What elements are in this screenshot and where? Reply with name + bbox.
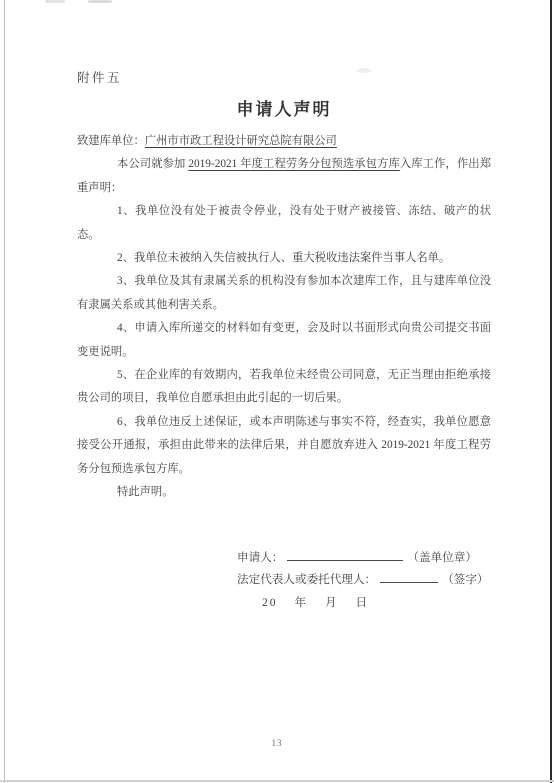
applicant-blank-line	[287, 548, 403, 561]
scan-right-edge-line	[550, 0, 552, 783]
representative-label: 法定代表人或委托代理人：	[237, 573, 376, 586]
representative-blank-line	[380, 570, 438, 583]
representative-signature-line: 法定代表人或委托代理人：（签字）	[237, 569, 491, 592]
opening-paragraph: 本公司就参加 2019-2021 年度工程劳务分包预选承包方库入库工作，作出郑重…	[77, 153, 491, 200]
applicant-signature-line: 申请人：（盖单位章）	[237, 547, 491, 570]
declaration-item-2: 2、我单位未被纳入失信被执行人、重大税收违法案件当事人名单。	[77, 247, 491, 270]
scanned-document-page: { "page": { "attachment_label": "附件五", "…	[0, 0, 554, 783]
document-body: 附件五 申请人声明 致建库单位：广州市市政工程设计研究总院有限公司 本公司就参加…	[77, 68, 491, 615]
applicant-label: 申请人：	[237, 551, 283, 564]
declaration-item-1: 1、我单位没有处于被责令停业，没有处于财产被接管、冻结、破产的状态。	[77, 200, 491, 247]
opening-underlined-term: 2019-2021 年度工程劳务分包预选承包方库	[188, 158, 400, 170]
opening-prefix: 本公司就参加	[117, 158, 188, 170]
scan-artifact	[88, 0, 112, 3]
addressee-label: 致建库单位：	[77, 135, 145, 147]
attachment-label: 附件五	[77, 68, 491, 86]
addressee-company-underlined: 广州市市政工程设计研究总院有限公司	[145, 135, 337, 147]
applicant-seal-note: （盖单位章）	[407, 551, 477, 564]
addressee-line: 致建库单位：广州市市政工程设计研究总院有限公司	[77, 130, 491, 153]
representative-sign-note: （签字）	[442, 573, 488, 586]
signature-block: 申请人：（盖单位章） 法定代表人或委托代理人：（签字） 20 年 月 日	[237, 547, 491, 615]
page-number: 13	[0, 738, 554, 748]
declaration-item-6: 6、我单位违反上述保证，或本声明陈述与事实不符，经查实，我单位愿意接受公开通报，…	[77, 411, 491, 481]
declaration-item-3: 3、我单位及其有隶属关系的机构没有参加本次建库工作，且与建库单位没有隶属关系或其…	[77, 270, 491, 317]
declaration-item-4: 4、申请入库所递交的材料如有变更，会及时以书面形式向贵公司提交书面变更说明。	[77, 317, 491, 364]
closing-statement: 特此声明。	[77, 481, 491, 504]
scan-bottom-edge-line	[0, 780, 554, 782]
date-line: 20 年 月 日	[237, 592, 491, 615]
document-title: 申请人声明	[77, 95, 491, 120]
scan-left-edge-line	[4, 0, 5, 783]
declaration-item-5: 5、在企业库的有效期内，若我单位未经贵公司同意，无正当理由拒绝承接贵公司的项目，…	[77, 364, 491, 411]
scan-artifact	[45, 0, 65, 3]
